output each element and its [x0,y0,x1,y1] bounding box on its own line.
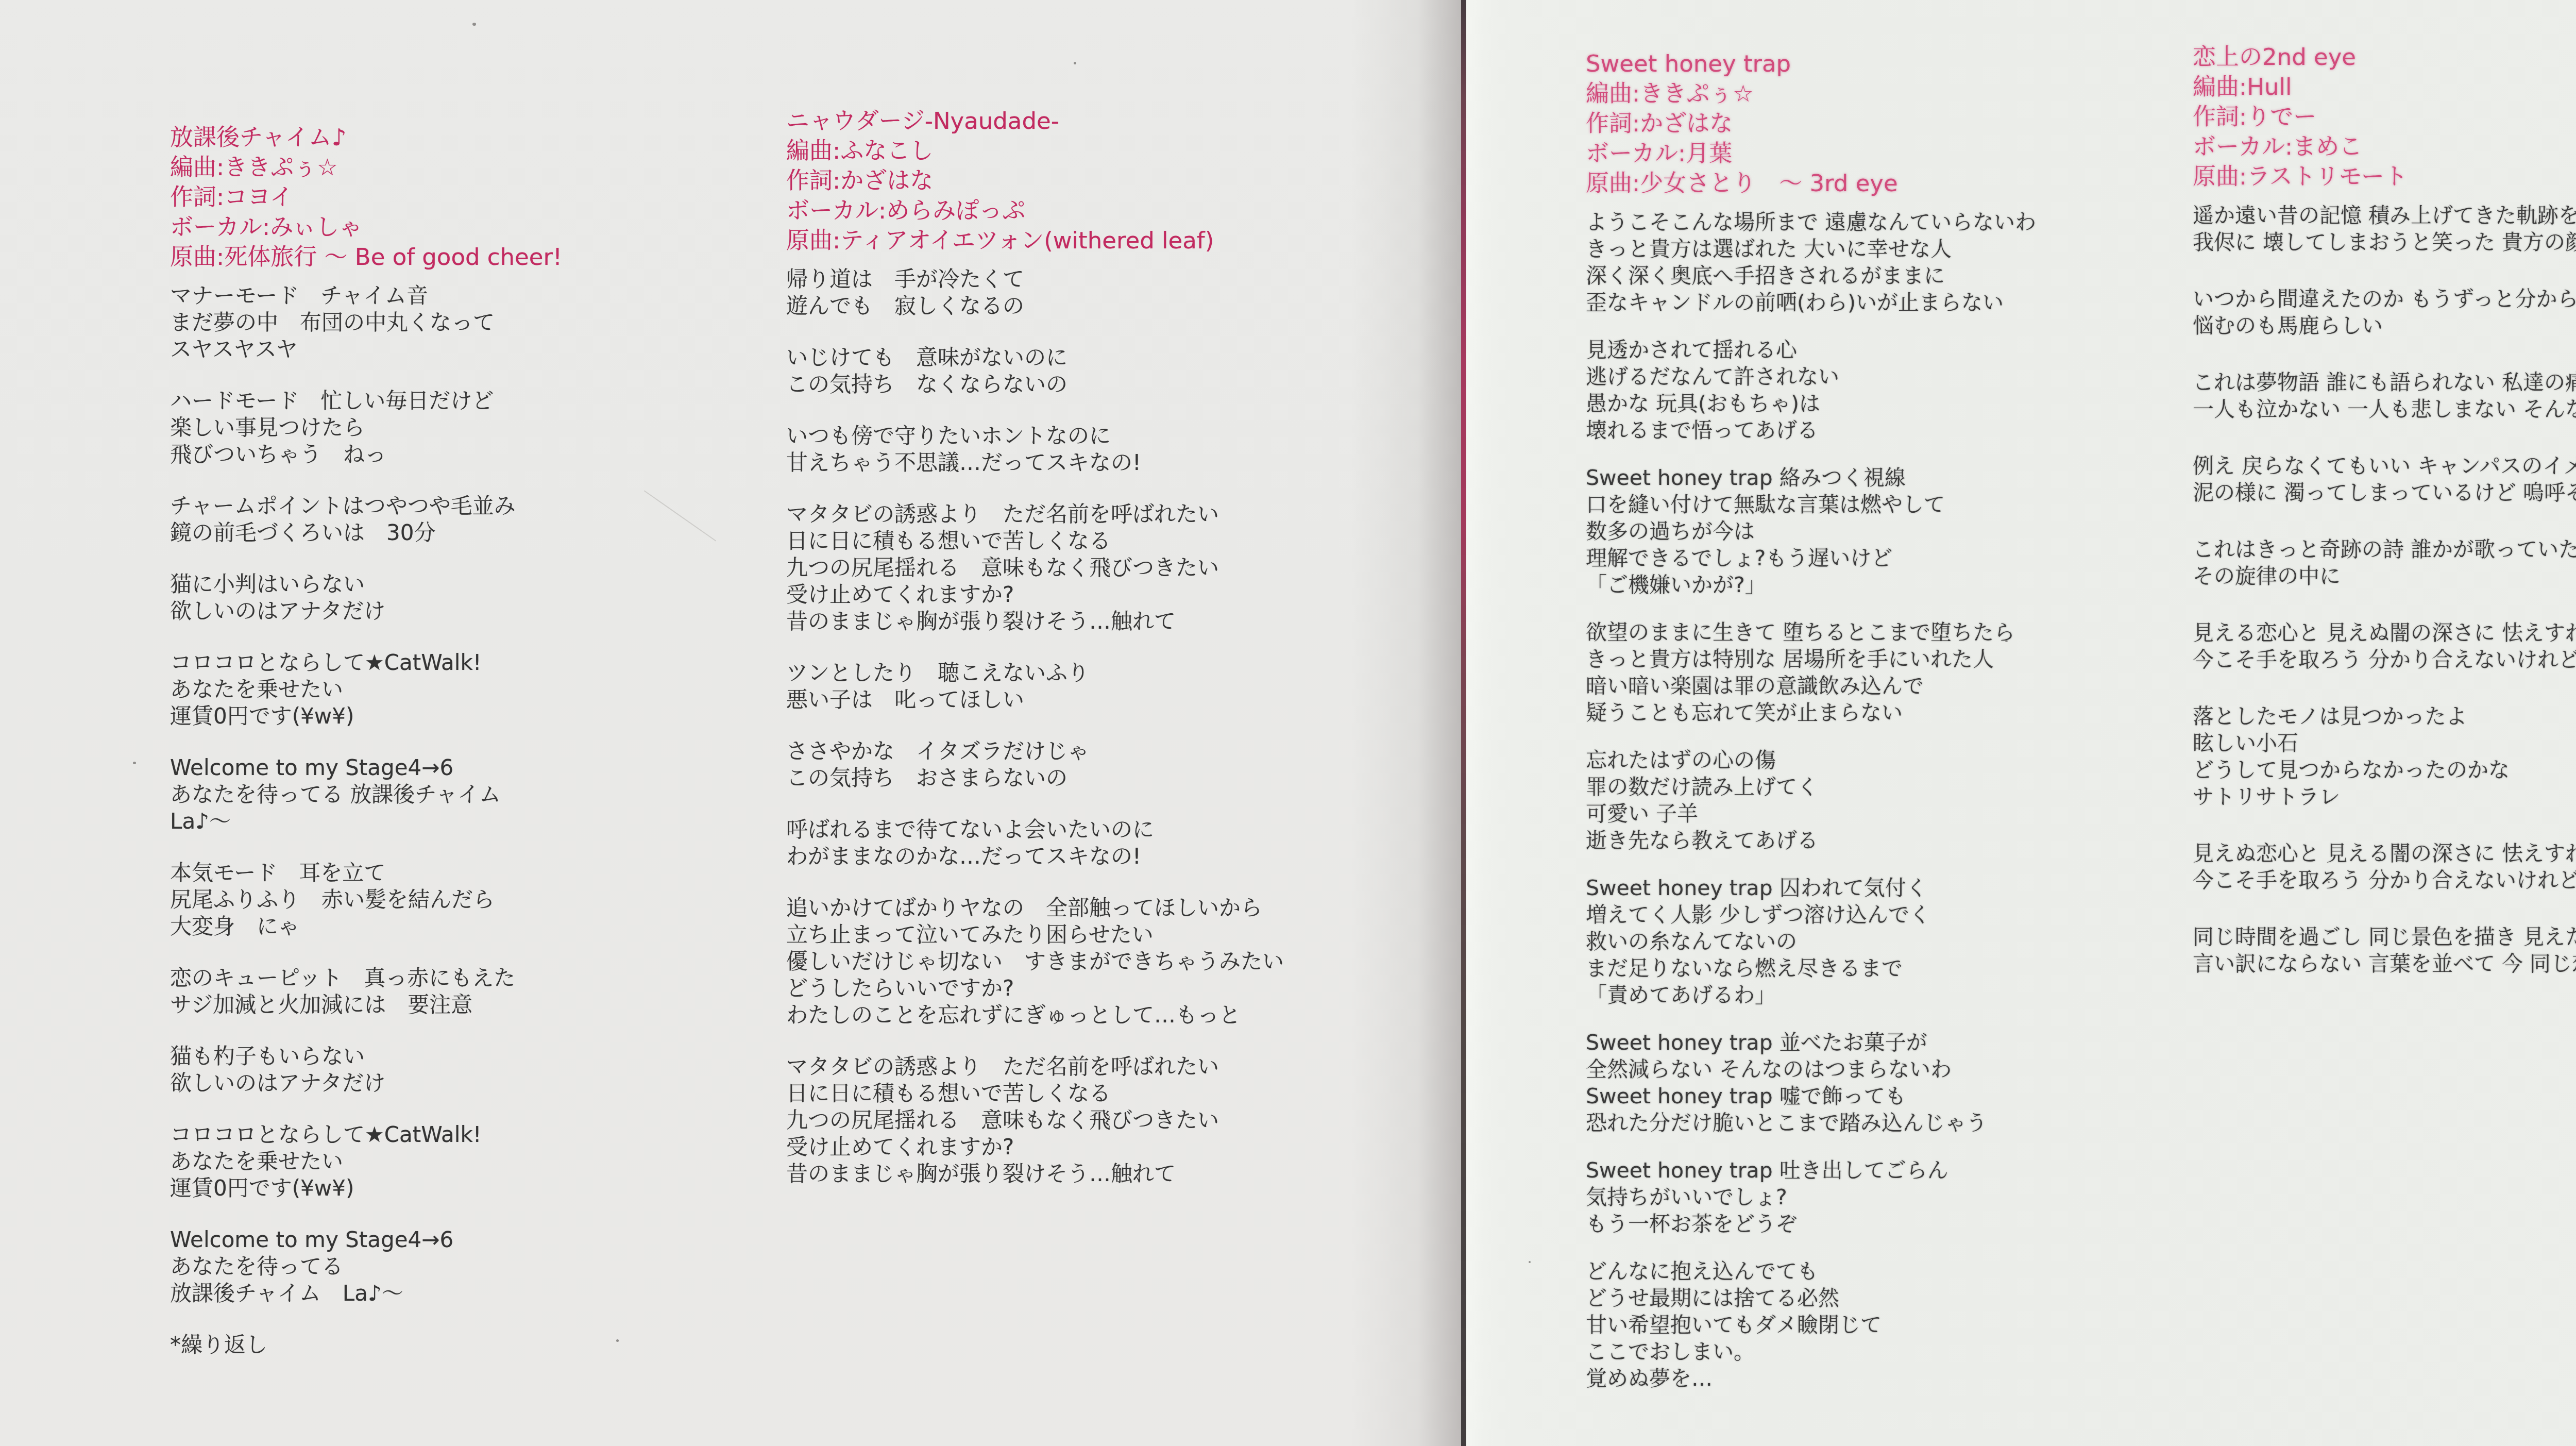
lyric-line: 恐れた分だけ脆いとこまで踏み込んじゃう [1586,1109,2297,1136]
lyric-line: いつも傍で守りたいホントなのに [786,423,1446,449]
lyric-line: 昔のままじゃ胸が張り裂けそう…触れて [786,608,1446,635]
lyric-line: まだ夢の中 布団の中丸くなって [170,309,793,336]
song-credit-original: 原曲:ティアオイエツォン(withered leaf) [786,226,1446,256]
stanza: 遥か遠い昔の記憶 積み上げてきた軌跡を我侭に 壊してしまおうと笑った 貴方の顔が… [2193,202,2576,256]
lyric-line: 一人も泣かない 一人も悲しまない そんな物語ならよかったのに [2193,396,2576,423]
stanza: Sweet honey trap 絡みつく視線口を縫い付けて無駄な言葉は燃やして… [1586,464,2297,598]
lyric-line: ハードモード 忙しい毎日だけど [170,388,793,414]
lyric-line: 大変身 にゃ [170,913,793,940]
lyric-line: 運賃0円です(¥w¥) [170,703,793,730]
song-credit-lyricist: 作詞:かざはな [1586,109,2297,139]
lyric-line: 恋のキューピット 真っ赤にもえた [170,965,793,991]
lyric-line: 受け止めてくれますか? [786,1134,1446,1161]
stanza: マタタビの誘惑より ただ名前を呼ばれたい日に日に積もる想いで苦しくなる九つの尻尾… [786,1053,1446,1187]
lyric-line: これはきっと奇跡の詩 誰かが歌っていた唄 [2193,536,2576,563]
lyric-line: 泥の様に 濁ってしまっているけど 嗚呼それはもう 私の色だから [2193,479,2576,506]
song-credit-lyricist: 作詞:コヨイ [170,182,793,212]
lyric-line: わたしのことを忘れずにぎゅっとして…もっと [786,1002,1446,1029]
lyric-line: この気持ち おさまらないの [786,765,1446,792]
stanza: いつも傍で守りたいホントなのに甘えちゃう不思議…だってスキなの! [786,423,1446,476]
lyric-line: 眩しい小石 [2193,730,2576,756]
song-header: 恋上の2nd eye 編曲:Hull 作詞:りでー ボーカル:まめこ 原曲:ラス… [2193,42,2576,192]
song-credit-vocal: ボーカル:めらみぽっぷ [786,196,1446,226]
stanza: どんなに抱え込んでてもどうせ最期には捨てる必然甘い希望抱いてもダメ瞼閉じてここで… [1586,1258,2297,1392]
lyric-line: 呼ばれるまで待てないよ会いたいのに [786,816,1446,843]
song-credit-original: 原曲:ラストリモート [2193,162,2576,192]
song-credit-arranger: 編曲:ききぷぅ☆ [1586,79,2297,109]
lyric-line: 歪なキャンドルの前哂(わら)いが止まらない [1586,289,2297,316]
lyric-line: 欲しいのはアナタだけ [170,1070,793,1097]
stanza: 見透かされて揺れる心逃げるだなんて許されない愚かな 玩具(おもちゃ)は壊れるまで… [1586,337,2297,444]
stanza: Sweet honey trap 吐き出してごらん気持ちがいいでしょ?もう一杯お… [1586,1157,2297,1237]
lyric-line: 救いの糸なんてないの [1586,928,2297,955]
lyric-line: 今こそ手を取ろう 分かり合えないけれど どこかで繋がっていると信じて [2193,867,2576,894]
lyric-line: 増えてく人影 少しずつ溶け込んでく [1586,901,2297,928]
lyric-line: Sweet honey trap 囚われて気付く [1586,875,2297,901]
lyric-line: 言い訳にならない 言葉を並べて 今 同じ恋の上で踊る 貴女と [2193,950,2576,977]
lyric-line: 鏡の前毛づくろいは 30分 [170,519,793,546]
lyric-line: いじけても 意味がないのに [786,344,1446,371]
song-lyrics: 遥か遠い昔の記憶 積み上げてきた軌跡を我侭に 壊してしまおうと笑った 貴方の顔が… [2193,202,2576,977]
lyric-line: 疑うことも忘れて笑が止まらない [1586,699,2297,726]
lyric-line: きっと貴方は選ばれた 大いに幸せな人 [1586,236,2297,262]
stanza: コロコロとならして★CatWalk!あなたを乗せたい運賃0円です(¥w¥) [170,649,793,730]
lyric-line: あなたを乗せたい [170,1148,793,1175]
lyric-line: *繰り返し [170,1332,793,1358]
song-lyrics: 帰り道は 手が冷たくて遊んでも 寂しくなるのいじけても 意味がないのにこの気持ち… [786,266,1446,1187]
lyric-line: 本気モード 耳を立て [170,860,793,886]
lyric-line: 「責めてあげるわ」 [1586,982,2297,1008]
lyric-line: マタタビの誘惑より ただ名前を呼ばれたい [786,1053,1446,1080]
lyric-line: 欲しいのはアナタだけ [170,598,793,625]
lyric-line: 受け止めてくれますか? [786,581,1446,608]
stanza: 猫に小判はいらない欲しいのはアナタだけ [170,571,793,625]
stanza: Sweet honey trap 囚われて気付く増えてく人影 少しずつ溶け込んで… [1586,875,2297,1008]
lyric-line: 覚めぬ夢を… [1586,1365,2297,1392]
stanza: Sweet honey trap 並べたお菓子が全然減らない そんなのはつまらな… [1586,1029,2297,1136]
lyric-line: あなたを乗せたい [170,676,793,703]
song-credit-original: 原曲:少女さとり ～ 3rd eye [1586,169,2297,198]
lyric-line: あなたを待ってる [170,1253,793,1280]
lyric-line: 愚かな 玩具(おもちゃ)は [1586,390,2297,417]
lyric-line: 九つの尻尾揺れる 意味もなく飛びつきたい [786,554,1446,581]
lyric-line: ツンとしたり 聴こえないふり [786,660,1446,686]
lyric-line: Welcome to my Stage4→6 [170,754,793,781]
lyric-line: 罪の数だけ読み上げてく [1586,774,2297,800]
lyric-line: La♪～ [170,808,793,835]
lyric-line: ささやかな イタズラだけじゃ [786,738,1446,765]
lyric-line: ようこそこんな場所まで 遠慮なんていらないわ [1586,209,2297,236]
lyric-line: Sweet honey trap 嘘で飾っても [1586,1083,2297,1109]
lyric-line: 立ち止まって泣いてみたり困らせたい [786,921,1446,948]
lyric-line: わがままなのかな…だってスキなの! [786,843,1446,870]
lyric-line: 見透かされて揺れる心 [1586,337,2297,363]
song-credit-arranger: 編曲:ふなこし [786,136,1446,166]
lyric-line: 飛びついちゃう ねっ [170,441,793,468]
song-column-koijou-no-2nd-eye: 恋上の2nd eye 編曲:Hull 作詞:りでー ボーカル:まめこ 原曲:ラス… [2193,42,2576,1007]
lyric-line: あなたを待ってる 放課後チャイム [170,781,793,808]
stanza: Welcome to my Stage4→6あなたを待ってる放課後チャイム La… [170,1226,793,1307]
lyric-line: 気持ちがいいでしょ? [1586,1184,2297,1210]
lyric-line: 悩むのも馬鹿らしい [2193,312,2576,339]
stanza: 例え 戻らなくてもいい キャンパスのイメージ泥の様に 濁ってしまっているけど 嗚… [2193,452,2576,506]
lyric-line: 暗い暗い楽園は罪の意識飲み込んで [1586,672,2297,699]
song-title: ニャウダージ-Nyaudade- [786,106,1446,136]
lyric-line: 逝き先なら教えてあげる [1586,827,2297,854]
lyric-line: 日に日に積もる想いで苦しくなる [786,1080,1446,1107]
lyric-line: 理解できるでしょ?もう遅いけど [1586,545,2297,571]
lyric-line: 今こそ手を取ろう 分かり合えないけれど どこかで繋がっていると信じて [2193,646,2576,673]
lyric-line: 猫に小判はいらない [170,571,793,598]
lyric-line: どうして見つからなかったのかな [2193,756,2576,783]
lyric-line: 可愛い 子羊 [1586,800,2297,827]
stanza: ささやかな イタズラだけじゃこの気持ち おさまらないの [786,738,1446,792]
lyric-line: 同じ時間を過ごし 同じ景色を描き 見えたものは違っていたの なんてね [2193,923,2576,950]
stanza: 追いかけてばかりヤなの 全部触ってほしいから立ち止まって泣いてみたり困らせたい優… [786,895,1446,1029]
song-credit-arranger: 編曲:Hull [2193,72,2576,102]
lyric-line: 欲望のままに生きて 堕ちるとこまで堕ちたら [1586,619,2297,646]
lyric-line: どんなに抱え込んでても [1586,1258,2297,1285]
stanza: 見えぬ恋心と 見える闇の深さに 怯えすれ違った日々だったから今こそ手を取ろう 分… [2193,840,2576,894]
song-credit-vocal: ボーカル:月葉 [1586,139,2297,169]
stanza: コロコロとならして★CatWalk!あなたを乗せたい運賃0円です(¥w¥) [170,1121,793,1202]
stanza: いつから間違えたのか もうずっと分からないでいる悩むのも馬鹿らしい [2193,285,2576,339]
lyric-line: 例え 戻らなくてもいい キャンパスのイメージ [2193,452,2576,479]
lyric-line: コロコロとならして★CatWalk! [170,1121,793,1148]
stanza: 恋のキューピット 真っ赤にもえたサジ加減と火加減には 要注意 [170,965,793,1018]
lyric-line: この気持ち なくならないの [786,371,1446,398]
lyric-line: マタタビの誘惑より ただ名前を呼ばれたい [786,501,1446,528]
stanza: ようこそこんな場所まで 遠慮なんていらないわきっと貴方は選ばれた 大いに幸せな人… [1586,209,2297,316]
lyric-line: 遊んでも 寂しくなるの [786,293,1446,320]
dust-speck [133,762,136,764]
stanza: 落としたモノは見つかったよ眩しい小石どうして見つからなかったのかなサトリサトラレ [2193,703,2576,810]
lyric-line: Sweet honey trap 吐き出してごらん [1586,1157,2297,1184]
lyric-line: 優しいだけじゃ切ない すきまができちゃうみたい [786,948,1446,975]
stanza: ツンとしたり 聴こえないふり悪い子は 叱ってほしい [786,660,1446,713]
stanza: *繰り返し [170,1332,793,1358]
lyric-line: Sweet honey trap 並べたお菓子が [1586,1029,2297,1056]
song-lyrics: マナーモード チャイム音まだ夢の中 布団の中丸くなってスヤスヤスヤハードモード … [170,282,793,1358]
dust-speck [2005,640,2008,642]
booklet-spread-scan: 放課後チャイム♪ 編曲:ききぷぅ☆ 作詞:コヨイ ボーカル:みぃしゃ 原曲:死体… [0,0,2576,1446]
dust-speck [2328,881,2330,883]
lyric-line: コロコロとならして★CatWalk! [170,649,793,676]
song-column-houkago-chime: 放課後チャイム♪ 編曲:ききぷぅ☆ 作詞:コヨイ ボーカル:みぃしゃ 原曲:死体… [170,123,793,1383]
lyric-line: 追いかけてばかりヤなの 全部触ってほしいから [786,895,1446,921]
lyric-line: もう一杯お茶をどうぞ [1586,1210,2297,1237]
lyric-line: ここでおしまい。 [1586,1338,2297,1365]
lyric-line: きっと貴方は特別な 居場所を手にいれた人 [1586,646,2297,672]
song-title: 放課後チャイム♪ [170,123,793,153]
lyric-line: 運賃0円です(¥w¥) [170,1175,793,1202]
lyric-line: 日に日に積もる想いで苦しくなる [786,528,1446,554]
lyric-line: 遥か遠い昔の記憶 積み上げてきた軌跡を [2193,202,2576,229]
lyric-line: スヤスヤスヤ [170,336,793,363]
song-credit-vocal: ボーカル:みぃしゃ [170,212,793,242]
song-header: ニャウダージ-Nyaudade- 編曲:ふなこし 作詞:かざはな ボーカル:めら… [786,106,1446,256]
stanza: ハードモード 忙しい毎日だけど楽しい事見つけたら飛びついちゃう ねっ [170,388,793,468]
lyric-line: これは夢物語 誰にも語られない 私達の痛みだからきっとそう [2193,369,2576,396]
lyric-line: サジ加減と火加減には 要注意 [170,991,793,1018]
stanza: これは夢物語 誰にも語られない 私達の痛みだからきっとそう一人も泣かない 一人も… [2193,369,2576,423]
lyric-line: 見えぬ恋心と 見える闇の深さに 怯えすれ違った日々だったから [2193,840,2576,867]
lyric-line: 全然減らない そんなのはつまらないわ [1586,1056,2297,1083]
stanza: 見える恋心と 見えぬ闇の深さに 怯えすれ違った日々だったから今こそ手を取ろう 分… [2193,619,2576,673]
song-column-nyaudade: ニャウダージ-Nyaudade- 編曲:ふなこし 作詞:かざはな ボーカル:めら… [786,106,1446,1212]
stanza: 同じ時間を過ごし 同じ景色を描き 見えたものは違っていたの なんてね言い訳になら… [2193,923,2576,977]
stanza: これはきっと奇跡の詩 誰かが歌っていた唄その旋律の中に [2193,536,2576,590]
song-header: 放課後チャイム♪ 編曲:ききぷぅ☆ 作詞:コヨイ ボーカル:みぃしゃ 原曲:死体… [170,123,793,272]
song-credit-lyricist: 作詞:かざはな [786,166,1446,196]
lyric-line: 壊れるまで悟ってあげる [1586,417,2297,444]
song-column-sweet-honey-trap: Sweet honey trap 編曲:ききぷぅ☆ 作詞:かざはな ボーカル:月… [1586,49,2297,1413]
lyric-line: 帰り道は 手が冷たくて [786,266,1446,293]
stanza: マタタビの誘惑より ただ名前を呼ばれたい日に日に積もる想いで苦しくなる九つの尻尾… [786,501,1446,635]
stanza: チャームポイントはつやつや毛並み鏡の前毛づくろいは 30分 [170,493,793,546]
song-title: 恋上の2nd eye [2193,42,2576,72]
stanza: 欲望のままに生きて 堕ちるとこまで堕ちたらきっと貴方は特別な 居場所を手にいれた… [1586,619,2297,726]
lyric-line: 逃げるだなんて許されない [1586,363,2297,390]
lyric-line: Sweet honey trap 絡みつく視線 [1586,464,2297,491]
lyric-line: まだ足りないなら燃え尽きるまで [1586,955,2297,982]
stanza: 本気モード 耳を立て尻尾ふりふり 赤い髪を結んだら大変身 にゃ [170,860,793,940]
lyric-line: 放課後チャイム La♪～ [170,1280,793,1307]
dust-speck [1074,62,1076,64]
lyric-line: 口を縫い付けて無駄な言葉は燃やして [1586,491,2297,518]
dust-speck [616,1339,619,1342]
lyric-line: マナーモード チャイム音 [170,282,793,309]
stanza: マナーモード チャイム音まだ夢の中 布団の中丸くなってスヤスヤスヤ [170,282,793,363]
lyric-line: 忘れたはずの心の傷 [1586,747,2297,774]
lyric-line: 見える恋心と 見えぬ闇の深さに 怯えすれ違った日々だったから [2193,619,2576,646]
song-credit-arranger: 編曲:ききぷぅ☆ [170,153,793,182]
lyric-line: 尻尾ふりふり 赤い髪を結んだら [170,886,793,913]
lyric-line: 楽しい事見つけたら [170,414,793,441]
song-lyrics: ようこそこんな場所まで 遠慮なんていらないわきっと貴方は選ばれた 大いに幸せな人… [1586,209,2297,1392]
lyric-line: 数多の過ちが今は [1586,518,2297,545]
lyric-line: Welcome to my Stage4→6 [170,1226,793,1253]
song-header: Sweet honey trap 編曲:ききぷぅ☆ 作詞:かざはな ボーカル:月… [1586,49,2297,198]
stanza: 呼ばれるまで待てないよ会いたいのにわがままなのかな…だってスキなの! [786,816,1446,870]
song-title: Sweet honey trap [1586,49,2297,79]
stanza: 猫も杓子もいらない欲しいのはアナタだけ [170,1043,793,1097]
dust-speck [1529,1261,1531,1263]
lyric-line: 甘い希望抱いてもダメ瞼閉じて [1586,1312,2297,1338]
lyric-line: 「ご機嫌いかが?」 [1586,571,2297,598]
lyric-line: 九つの尻尾揺れる 意味もなく飛びつきたい [786,1107,1446,1134]
lyric-line: 昔のままじゃ胸が張り裂けそう…触れて [786,1161,1446,1187]
lyric-line: どうしたらいいですか? [786,975,1446,1002]
lyric-line: 我侭に 壊してしまおうと笑った 貴方の顔が 今でも鮮明に [2193,229,2576,256]
lyric-line: 甘えちゃう不思議…だってスキなの! [786,449,1446,476]
dust-speck [472,23,476,26]
lyric-line: チャームポイントはつやつや毛並み [170,493,793,519]
lyric-line: いつから間違えたのか もうずっと分からないでいる [2193,285,2576,312]
stanza: 帰り道は 手が冷たくて遊んでも 寂しくなるの [786,266,1446,320]
song-credit-original: 原曲:死体旅行 ～ Be of good cheer! [170,242,793,272]
lyric-line: 猫も杓子もいらない [170,1043,793,1070]
lyric-line: サトリサトラレ [2193,783,2576,810]
song-credit-vocal: ボーカル:まめこ [2193,132,2576,162]
lyric-line: どうせ最期には捨てる必然 [1586,1285,2297,1312]
booklet-fold-gutter [1461,0,1466,1446]
stanza: 忘れたはずの心の傷罪の数だけ読み上げてく可愛い 子羊逝き先なら教えてあげる [1586,747,2297,854]
lyric-line: 深く深く奥底へ手招きされるがままに [1586,262,2297,289]
lyric-line: その旋律の中に [2193,563,2576,590]
song-credit-lyricist: 作詞:りでー [2193,102,2576,132]
stanza: Welcome to my Stage4→6あなたを待ってる 放課後チャイムLa… [170,754,793,835]
lyric-line: 悪い子は 叱ってほしい [786,686,1446,713]
stanza: いじけても 意味がないのにこの気持ち なくならないの [786,344,1446,398]
lyric-line: 落としたモノは見つかったよ [2193,703,2576,730]
